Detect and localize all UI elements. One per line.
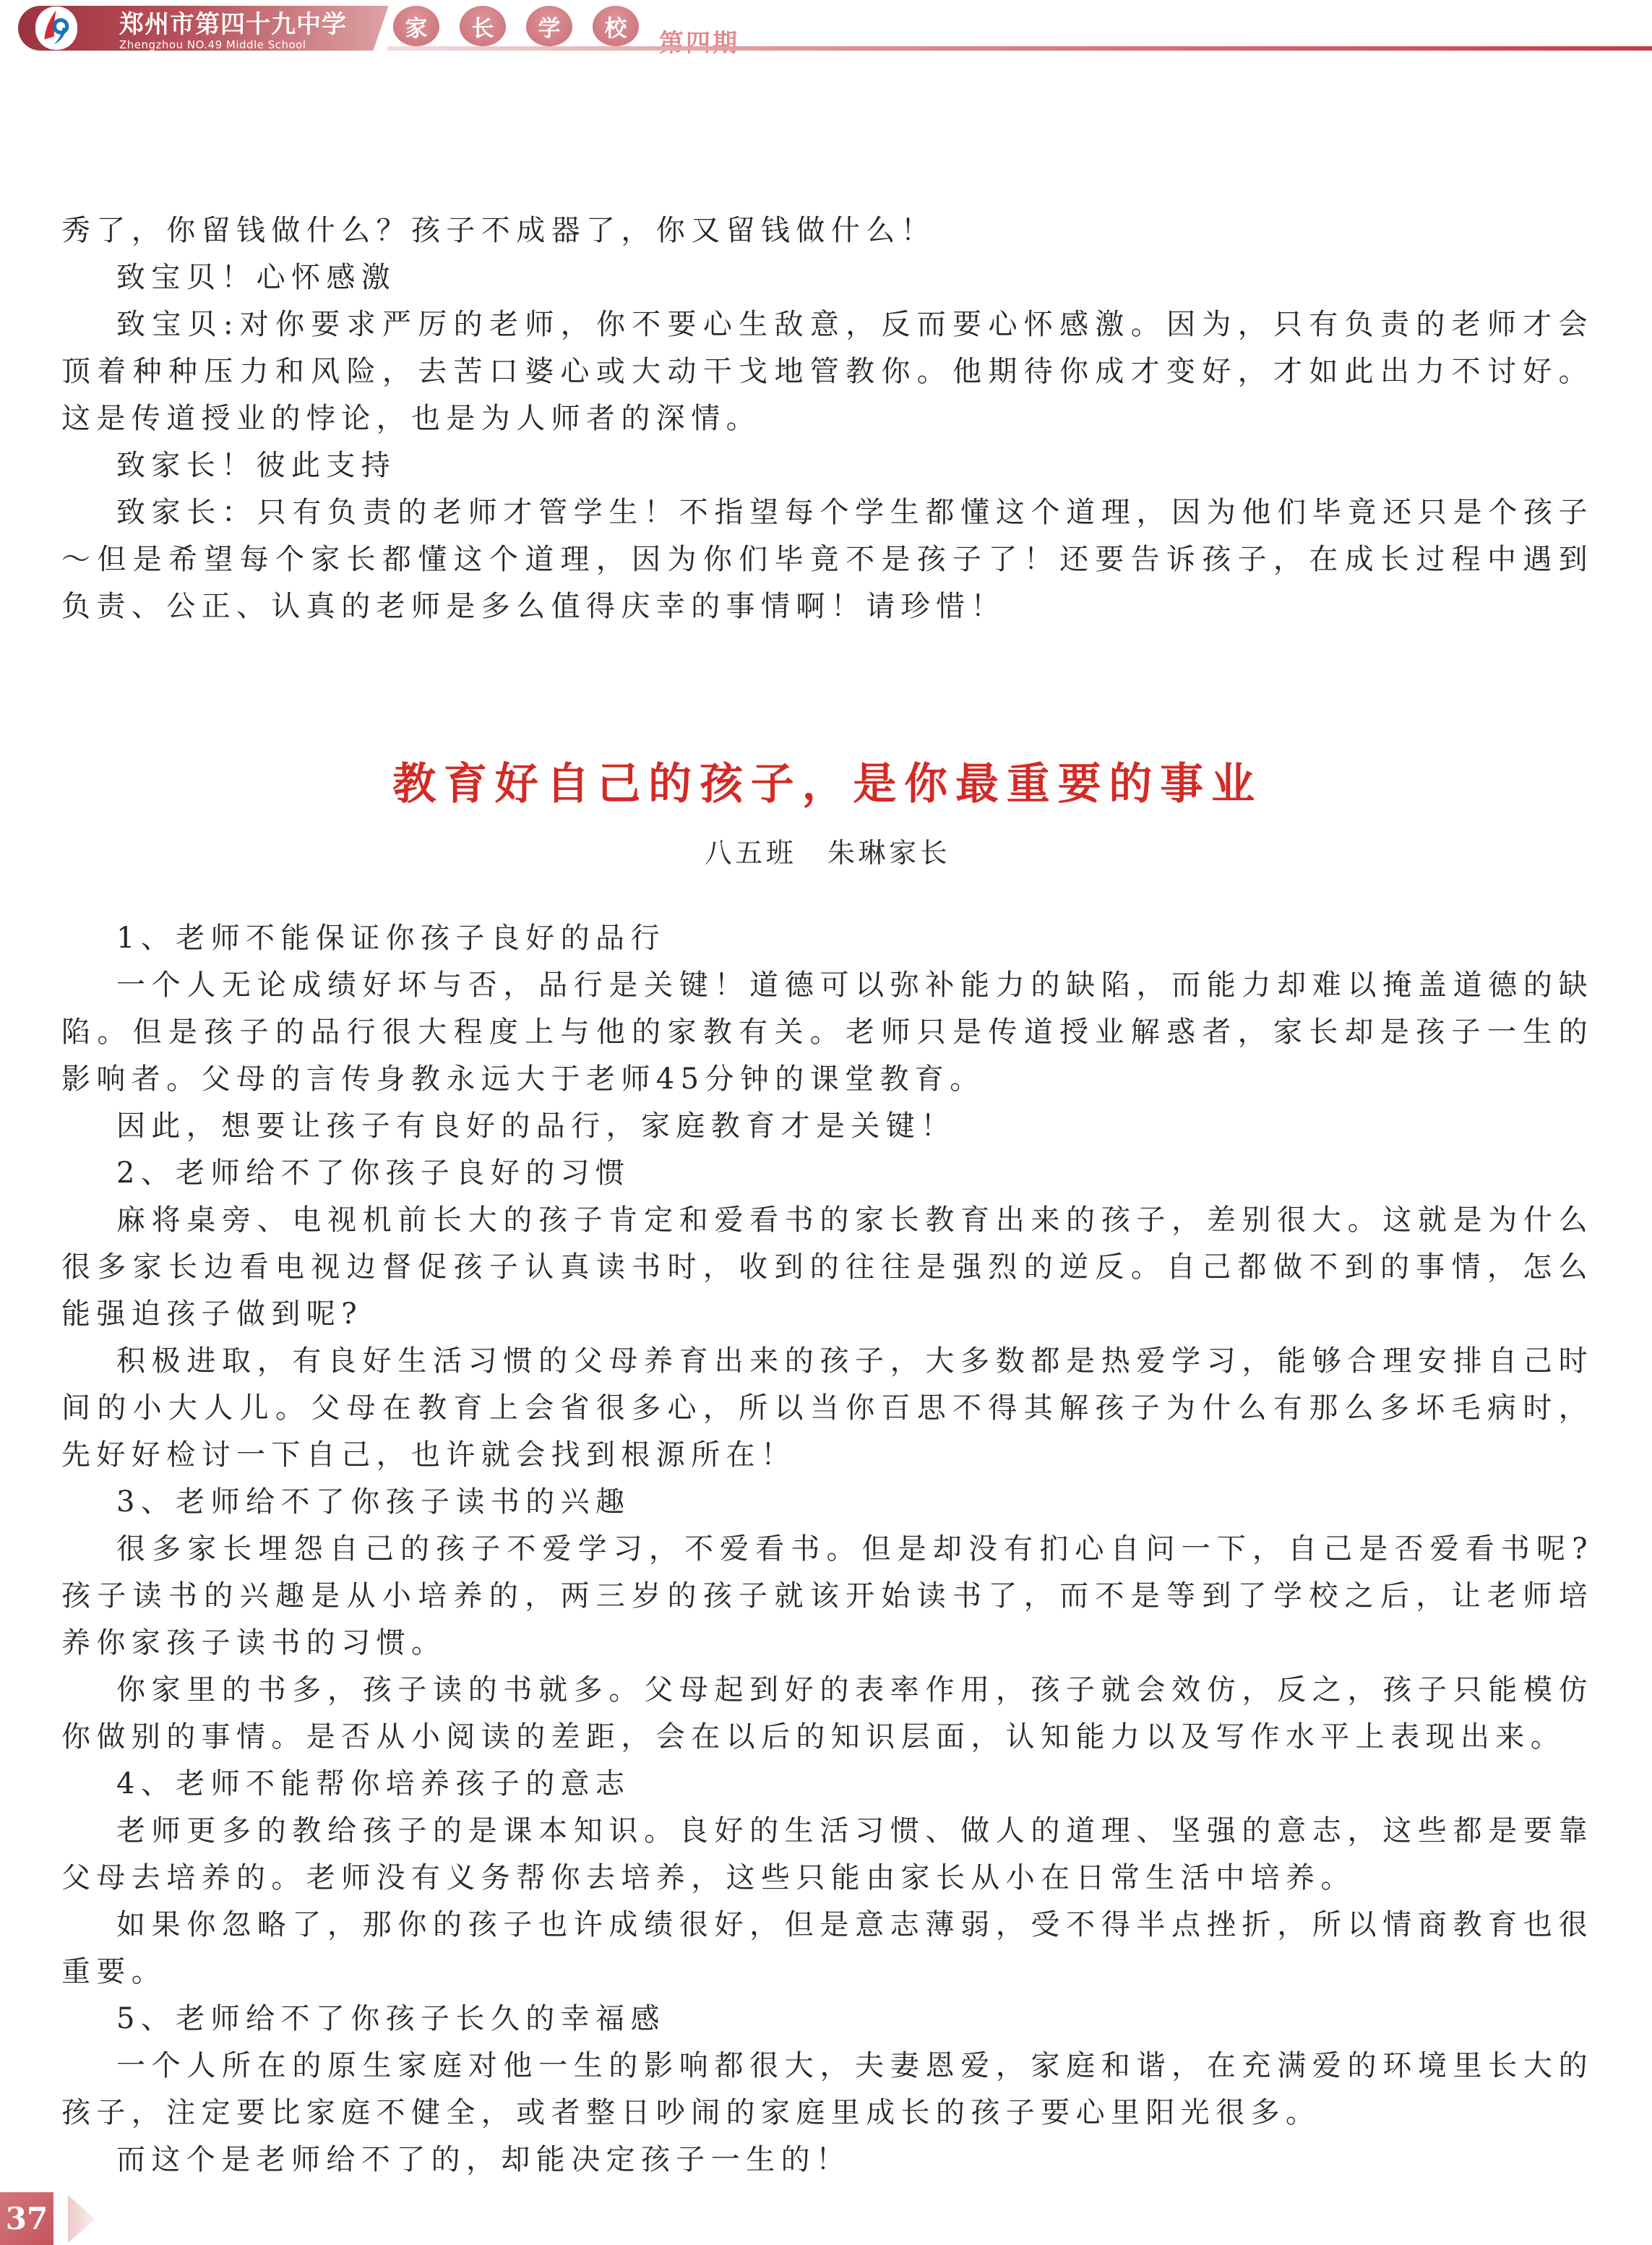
masthead-badges: 家 长 学 校	[393, 6, 639, 46]
article-paragraph: 而这个是老师给不了的，却能决定孩子一生的！	[61, 2137, 1593, 2184]
masthead-badge: 学	[526, 6, 572, 46]
page-number-box: 37	[0, 2192, 53, 2245]
intro-paragraph: 秀了，你留钱做什么？孩子不成器了，你又留钱做什么！	[61, 207, 1593, 254]
header-banner: 郑州市第四十九中学 Zhengzhou NO.49 Middle School	[18, 6, 388, 51]
intro-paragraph: 致家长！彼此支持	[61, 442, 1593, 489]
school-name-en: Zhengzhou NO.49 Middle School	[119, 38, 347, 51]
intro-paragraph: 致宝贝！心怀感激	[61, 254, 1593, 301]
article-title: 教育好自己的孩子，是你最重要的事业	[61, 755, 1593, 813]
article-paragraph: 很多家长埋怨自己的孩子不爱学习，不爱看书。但是却没有扪心自问一下，自己是否爱看书…	[61, 1526, 1593, 1667]
article-body: 1、老师不能保证你孩子良好的品行一个人无论成绩好坏与否，品行是关键！道德可以弥补…	[61, 915, 1593, 2184]
sail-49-icon	[38, 8, 75, 48]
newsletter-page: 郑州市第四十九中学 Zhengzhou NO.49 Middle School …	[0, 0, 1652, 2245]
article-paragraph: 你家里的书多，孩子读的书就多。父母起到好的表率作用，孩子就会效仿，反之，孩子只能…	[61, 1667, 1593, 1761]
article-paragraph: 4、老师不能帮你培养孩子的意志	[61, 1761, 1593, 1808]
page-content: 秀了，你留钱做什么？孩子不成器了，你又留钱做什么！致宝贝！心怀感激致宝贝:对你要…	[61, 52, 1593, 2184]
intro-paragraph: 致宝贝:对你要求严厉的老师，你不要心生敌意，反而要心怀感激。因为，只有负责的老师…	[61, 301, 1593, 442]
article-paragraph: 如果你忽略了，那你的孩子也许成绩很好，但是意志薄弱，受不得半点挫折，所以情商教育…	[61, 1902, 1593, 1996]
masthead-badge: 校	[593, 6, 639, 46]
article-paragraph: 因此，想要让孩子有良好的品行，家庭教育才是关键！	[61, 1103, 1593, 1150]
page-number-arrow-icon	[68, 2195, 95, 2243]
article-paragraph: 2、老师给不了你孩子良好的习惯	[61, 1150, 1593, 1197]
article-paragraph: 1、老师不能保证你孩子良好的品行	[61, 915, 1593, 962]
badge-character: 家	[405, 10, 428, 43]
article-paragraph: 老师更多的教给孩子的是课本知识。良好的生活习惯、做人的道理、坚强的意志，这些都是…	[61, 1808, 1593, 1902]
page-number: 37	[6, 2201, 48, 2236]
masthead-badge: 家	[393, 6, 439, 46]
article-paragraph: 5、老师给不了你孩子长久的幸福感	[61, 1996, 1593, 2043]
intro-paragraph: 致家长：只有负责的老师才管学生！不指望每个学生都懂这个道理，因为他们毕竟还只是个…	[61, 489, 1593, 630]
masthead-badge: 长	[460, 6, 506, 46]
article-paragraph: 3、老师给不了你孩子读书的兴趣	[61, 1479, 1593, 1526]
article-paragraph: 一个人无论成绩好坏与否，品行是关键！道德可以弥补能力的缺陷，而能力却难以掩盖道德…	[61, 962, 1593, 1103]
header-rule-line	[387, 46, 1652, 51]
school-name-cn: 郑州市第四十九中学	[119, 11, 347, 38]
article-paragraph: 麻将桌旁、电视机前长大的孩子肯定和爱看书的家长教育出来的孩子，差别很大。这就是为…	[61, 1197, 1593, 1338]
banner-slant-cut	[373, 5, 389, 51]
article-paragraph: 一个人所在的原生家庭对他一生的影响都很大，夫妻恩爱，家庭和谐，在充满爱的环境里长…	[61, 2043, 1593, 2137]
school-name-block: 郑州市第四十九中学 Zhengzhou NO.49 Middle School	[119, 11, 347, 51]
school-logo	[35, 7, 77, 50]
badge-character: 长	[472, 10, 494, 43]
badge-character: 学	[538, 10, 561, 43]
intro-section: 秀了，你留钱做什么？孩子不成器了，你又留钱做什么！致宝贝！心怀感激致宝贝:对你要…	[61, 52, 1593, 630]
badge-character: 校	[605, 10, 627, 43]
article-paragraph: 积极进取，有良好生活习惯的父母养育出来的孩子，大多数都是热爱学习，能够合理安排自…	[61, 1338, 1593, 1479]
article-byline: 八五班 朱琳家长	[61, 835, 1593, 871]
